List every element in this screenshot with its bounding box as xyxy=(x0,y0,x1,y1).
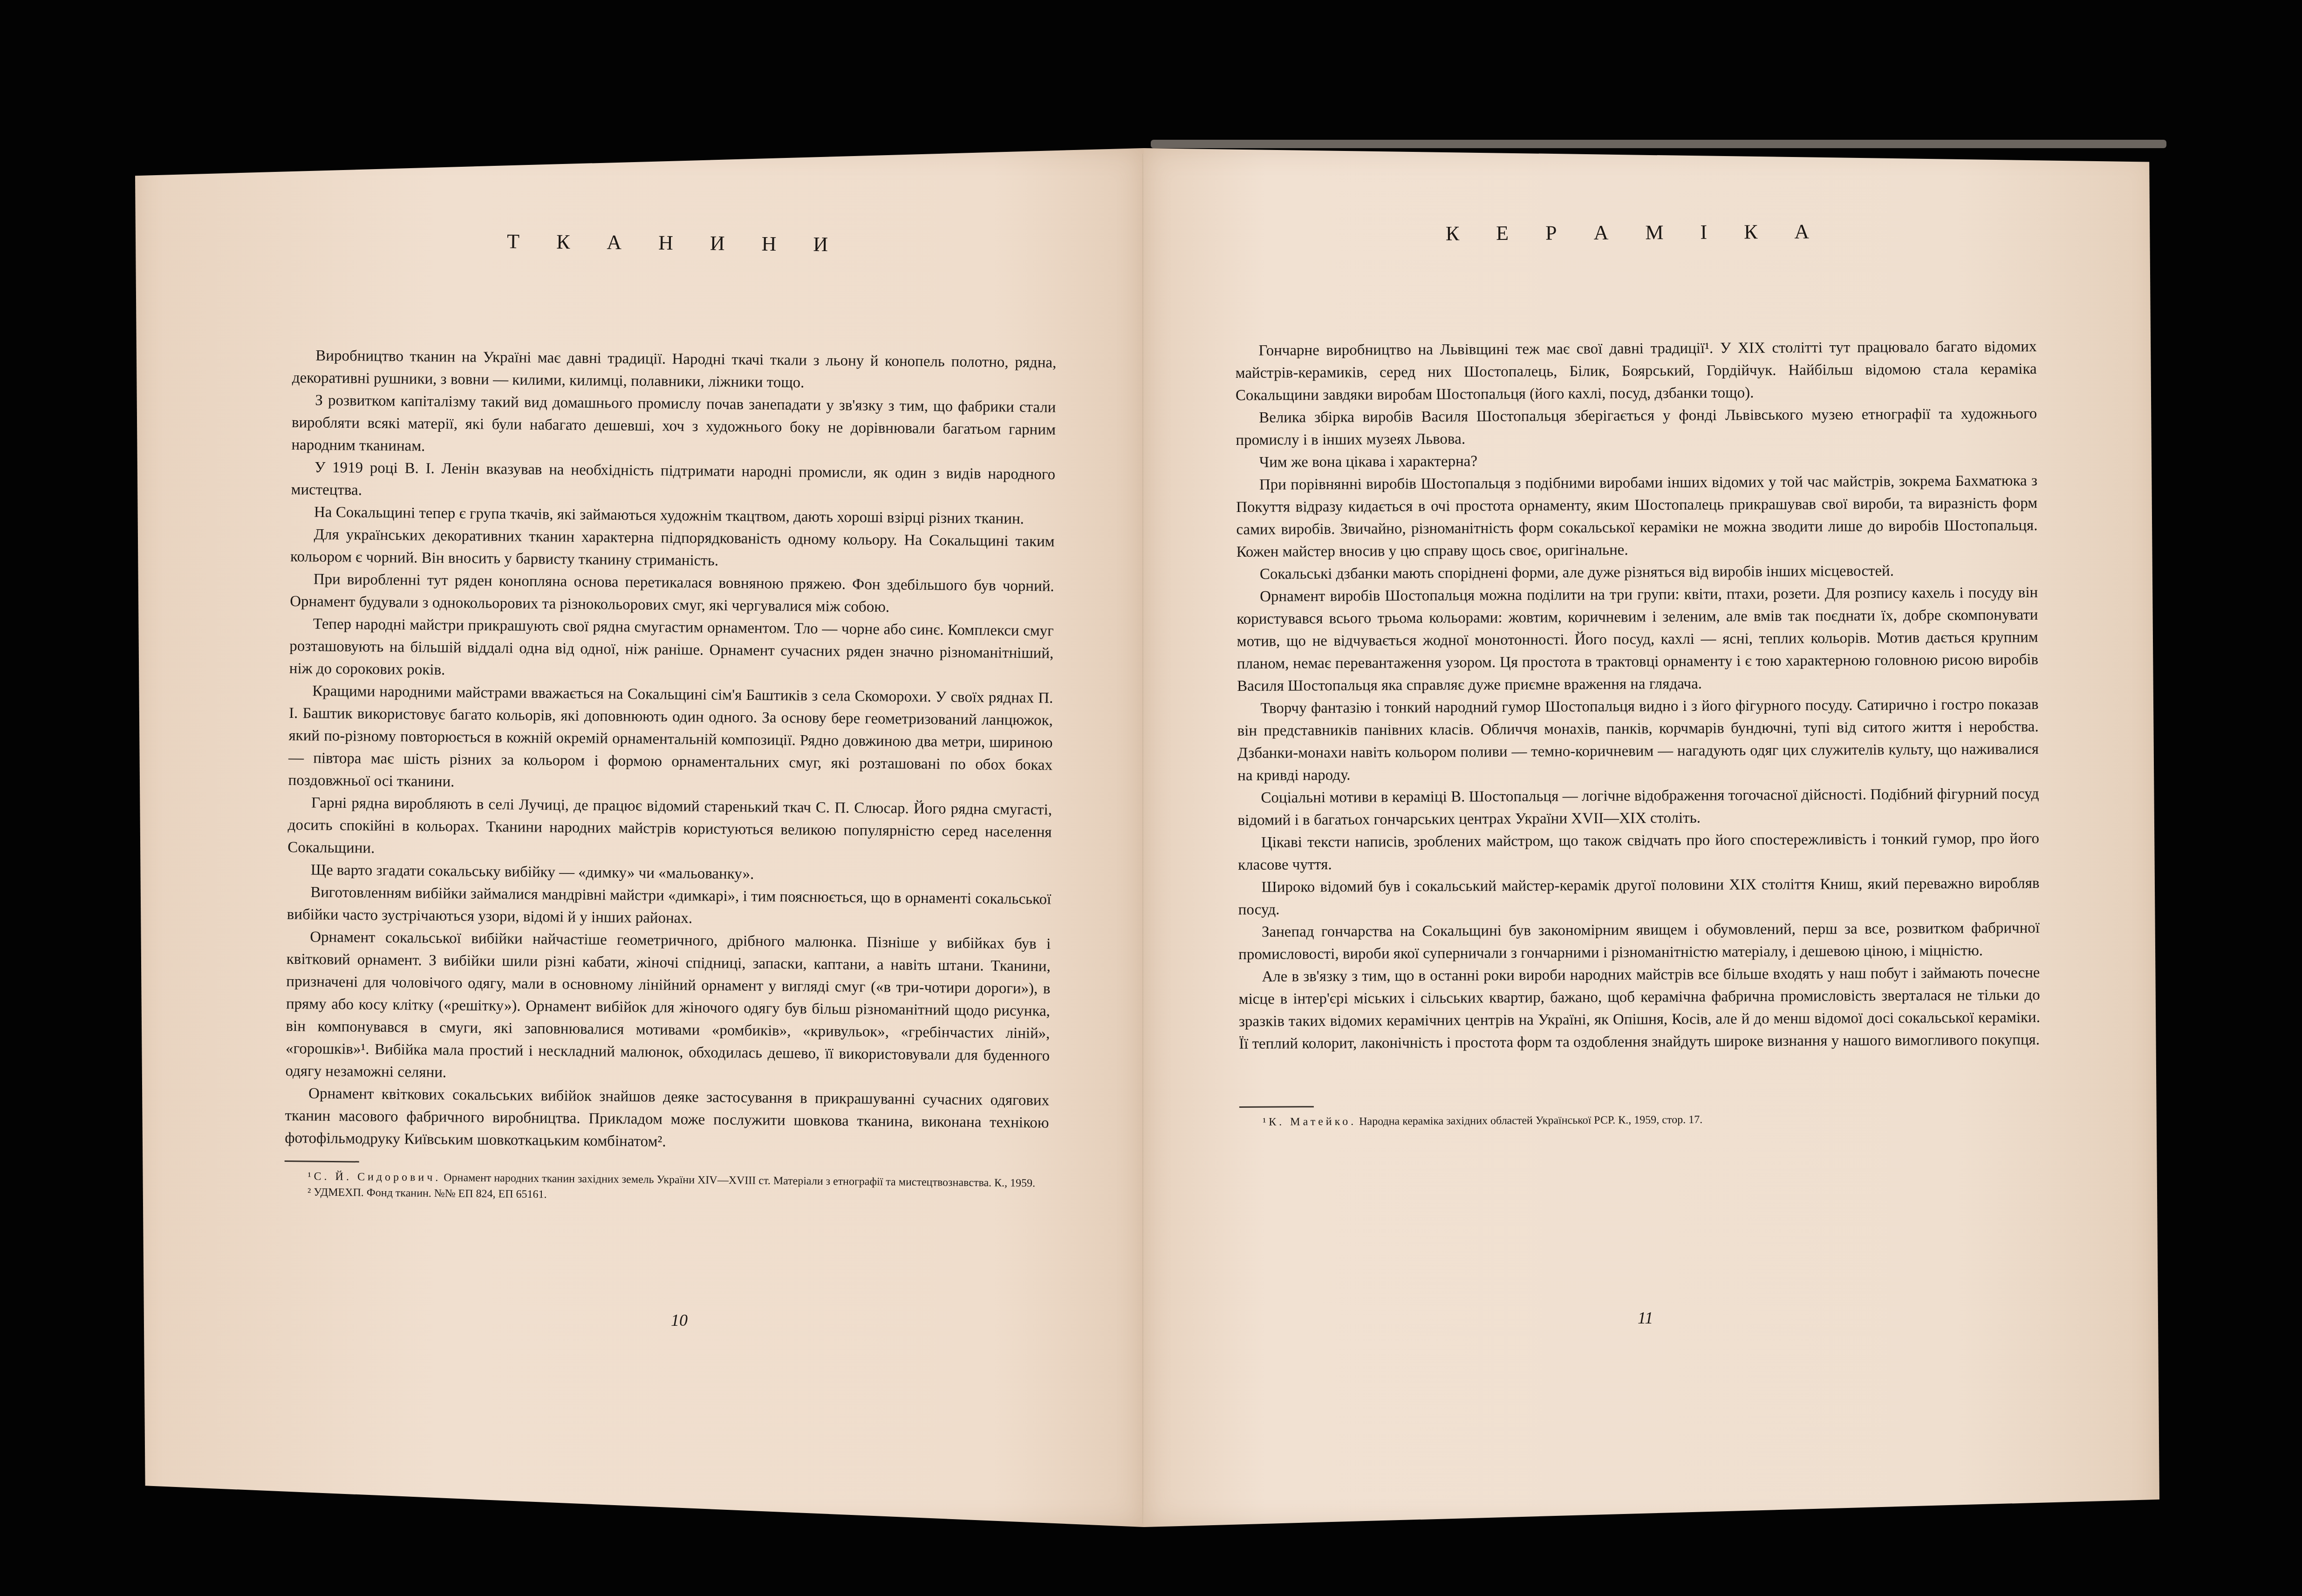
footnote-divider xyxy=(1239,1106,1314,1108)
paragraph: Велика збірка виробів Василя Шостопальця… xyxy=(1236,402,2037,451)
paragraph: Для українських декоративних тканин хара… xyxy=(290,523,1055,575)
paragraph: Цікаві тексти написів, зроблених майстро… xyxy=(1238,827,2039,876)
paragraph: Гарні рядна виробляють в селі Лучиці, де… xyxy=(287,791,1052,866)
left-page-title: Т К А Н И Н И xyxy=(294,227,1058,259)
paragraph: Виробництво тканин на Україні має давні … xyxy=(292,344,1057,396)
footnote-divider xyxy=(285,1160,359,1163)
paragraph: Тепер народні майстри прикрашують свої р… xyxy=(289,613,1054,687)
footnote-marker: ¹ xyxy=(307,1170,311,1182)
page-stack-edge xyxy=(1151,140,2166,148)
paragraph: При виробленні тут ряден конопляна основ… xyxy=(290,568,1054,620)
left-footnotes: ¹ С. Й. Сидорович. Орнамент народних тка… xyxy=(284,1168,1049,1207)
footnote-text: Народна кераміка західних областей Украї… xyxy=(1356,1114,1702,1128)
right-page-title: К Е Р А М І К А xyxy=(1235,218,2036,246)
footnote: ¹ К. Матейко. Народна кераміка західних … xyxy=(1239,1110,2041,1130)
paragraph: Кращими народними майстрами вважається н… xyxy=(288,680,1053,799)
paragraph: Орнамент виробів Шостопальця можна поділ… xyxy=(1236,581,2038,697)
footnote-author: С. Й. Сидорович. xyxy=(314,1171,441,1184)
right-page: К Е Р А М І К А Гончарне виробництво на … xyxy=(1144,148,2159,1527)
page-number: 11 xyxy=(1638,1308,1653,1328)
paragraph: Творчу фантазію і тонкий народний гумор … xyxy=(1237,693,2039,787)
paragraph: Занепад гончарства на Сокальщині був зак… xyxy=(1238,917,2040,966)
footnote-author: К. Матейко. xyxy=(1269,1116,1356,1128)
footnote-text: УДМЕХП. Фонд тканин. №№ ЕП 824, ЕП 65161… xyxy=(314,1187,547,1201)
right-page-content: К Е Р А М І К А Гончарне виробництво на … xyxy=(1235,218,2041,1130)
paragraph: Орнамент квіткових сокальських вибійок з… xyxy=(285,1082,1049,1157)
paragraph: Виготовленням вибійки займалися мандрівн… xyxy=(287,881,1052,933)
paragraph: Гончарне виробництво на Львівщині теж ма… xyxy=(1235,335,2037,407)
right-footnotes: ¹ К. Матейко. Народна кераміка західних … xyxy=(1239,1110,2041,1130)
paragraph: Орнамент сокальської вибійки найчастіше … xyxy=(285,926,1051,1090)
paragraph: Соціальні мотиви в кераміці В. Шостопаль… xyxy=(1237,783,2039,832)
paragraph: У 1919 році В. І. Ленін вказував на необ… xyxy=(291,456,1055,508)
page-number: 10 xyxy=(671,1310,688,1330)
left-page-content: Т К А Н И Н И Виробництво тканин на Укра… xyxy=(284,227,1058,1207)
right-page-body: Гончарне виробництво на Львівщині теж ма… xyxy=(1235,335,2040,1055)
paragraph: При порівнянні виробів Шостопальця з под… xyxy=(1236,470,2038,563)
left-page: Т К А Н И Н И Виробництво тканин на Укра… xyxy=(135,148,1144,1527)
open-book-spread: Т К А Н И Н И Виробництво тканин на Укра… xyxy=(0,0,2302,1596)
paragraph: Але в зв'язку з тим, що в останні роки в… xyxy=(1238,962,2040,1055)
paragraph: З розвитком капіталізму такий вид домашн… xyxy=(291,389,1056,464)
footnote-marker: ² xyxy=(307,1186,311,1198)
left-page-body: Виробництво тканин на Україні має давні … xyxy=(285,344,1057,1157)
paragraph: Широко відомий був і сокальський майстер… xyxy=(1238,872,2039,921)
footnote-marker: ¹ xyxy=(1263,1116,1266,1128)
